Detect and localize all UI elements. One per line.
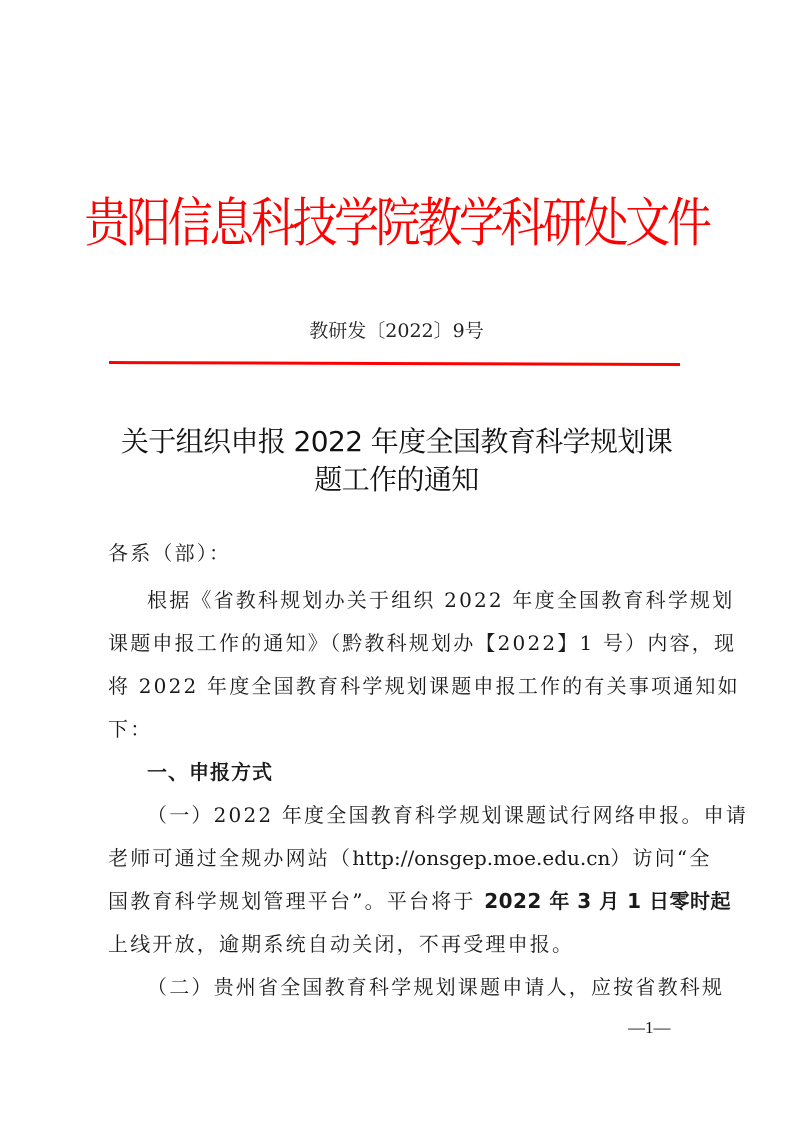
notice-title-line-2: 题工作的通知 — [100, 461, 693, 499]
platform-open-date: 2022 年 3 月 1 日零时起 — [484, 889, 731, 913]
intro-line-3: 将 2022 年度全国教育科学规划课题申报工作的有关事项通知如 — [108, 665, 740, 708]
intro-line-1: 根据《省教科规划办关于组织 2022 年度全国教育科学规划 — [147, 579, 734, 622]
website-url: http://onsgep.moe.edu.cn — [352, 846, 610, 870]
item1-line-2: 老师可通过全规办网站（http://onsgep.moe.edu.cn）访问“全 — [108, 837, 712, 880]
red-divider-line — [109, 361, 680, 366]
notice-title-line-1: 关于组织申报 2022 年度全国教育科学规划课 — [100, 423, 693, 461]
masthead-title: 贵阳信息科技学院教学科研处文件 — [0, 188, 793, 259]
document-page: 贵阳信息科技学院教学科研处文件 教研发〔2022〕9号 关于组织申报 2022 … — [0, 0, 793, 1122]
item1-line-3-prefix: 国教育科学规划管理平台”。平台将于 — [108, 889, 484, 913]
salutation: 各系（部）： — [108, 532, 231, 575]
item1-line-1: （一）2022 年度全国教育科学规划课题试行网络申报。申请 — [147, 794, 748, 837]
notice-title: 关于组织申报 2022 年度全国教育科学规划课 题工作的通知 — [100, 423, 693, 499]
item1-line-3: 国教育科学规划管理平台”。平台将于 2022 年 3 月 1 日零时起 — [108, 880, 731, 923]
section-heading-application-method: 一、申报方式 — [147, 751, 273, 794]
item1-line-2-suffix: ）访问“全 — [610, 846, 711, 870]
document-number: 教研发〔2022〕9号 — [0, 318, 793, 344]
item1-line-4: 上线开放，逾期系统自动关闭，不再受理申报。 — [108, 923, 574, 966]
page-number: —1— — [628, 1016, 671, 1040]
item2-line-1: （二）贵州省全国教育科学规划课题申请人，应按省教科规 — [147, 966, 724, 1009]
intro-line-2: 课题申报工作的通知》（黔教科规划办【2022】1 号）内容，现 — [108, 622, 736, 665]
item1-line-2-prefix: 老师可通过全规办网站（ — [108, 846, 352, 870]
intro-line-4: 下： — [108, 708, 152, 751]
